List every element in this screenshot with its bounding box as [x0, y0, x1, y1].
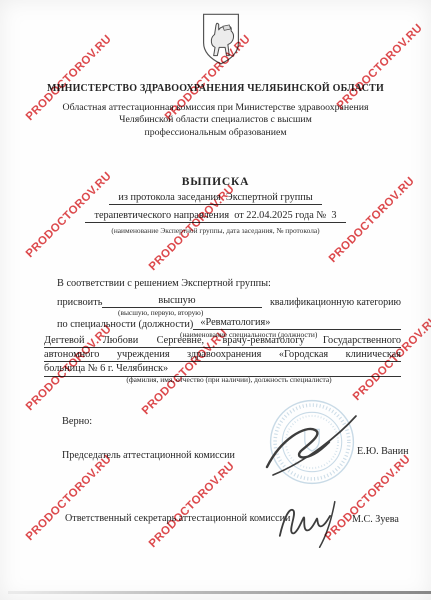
chairman-signature [259, 409, 371, 486]
watermark-text: PRODOCTOROV.RU [147, 460, 237, 550]
watermark-text: PRODOCTOROV.RU [335, 22, 425, 112]
assign-line: присвоить высшую квалификационную катего… [57, 295, 401, 308]
watermark-text: PRODOCTOROV.RU [24, 453, 114, 543]
scanned-certificate-document: { "watermark": { "text": "PRODOCTOROV.RU… [0, 0, 431, 600]
specialty-filled-value: «Ревматология» [193, 317, 401, 330]
commission-line: Челябинской области специалистов с высши… [0, 114, 431, 126]
assign-caption: (высшую, первую, вторую) [118, 308, 203, 317]
assign-label: присвоить [57, 297, 102, 308]
document-title: ВЫПИСКА [0, 176, 431, 188]
commission-line: профессиональным образованием [0, 127, 431, 139]
assign-suffix: квалификационную категорию [270, 297, 401, 308]
commission-subtitle: Областная аттестационная комиссия при Ми… [0, 102, 431, 139]
recipient-caption: (фамилия, имя, отчество (при наличии), д… [57, 375, 401, 384]
verified-label: Верно: [62, 416, 92, 427]
chairman-label: Председатель аттестационной комиссии [62, 450, 235, 461]
scan-page-edge [8, 591, 431, 594]
assign-filled-value: высшую [102, 295, 262, 308]
intro-line: В соответствии с решением Экспертной гру… [57, 278, 271, 289]
recipient-line: автономного учреждения здравоохранения «… [44, 348, 401, 362]
secretary-name: М.С. Зуева [352, 514, 399, 525]
specialty-label: по специальности (должности) [57, 319, 193, 330]
commission-line: Областная аттестационная комиссия при Ми… [0, 102, 431, 114]
